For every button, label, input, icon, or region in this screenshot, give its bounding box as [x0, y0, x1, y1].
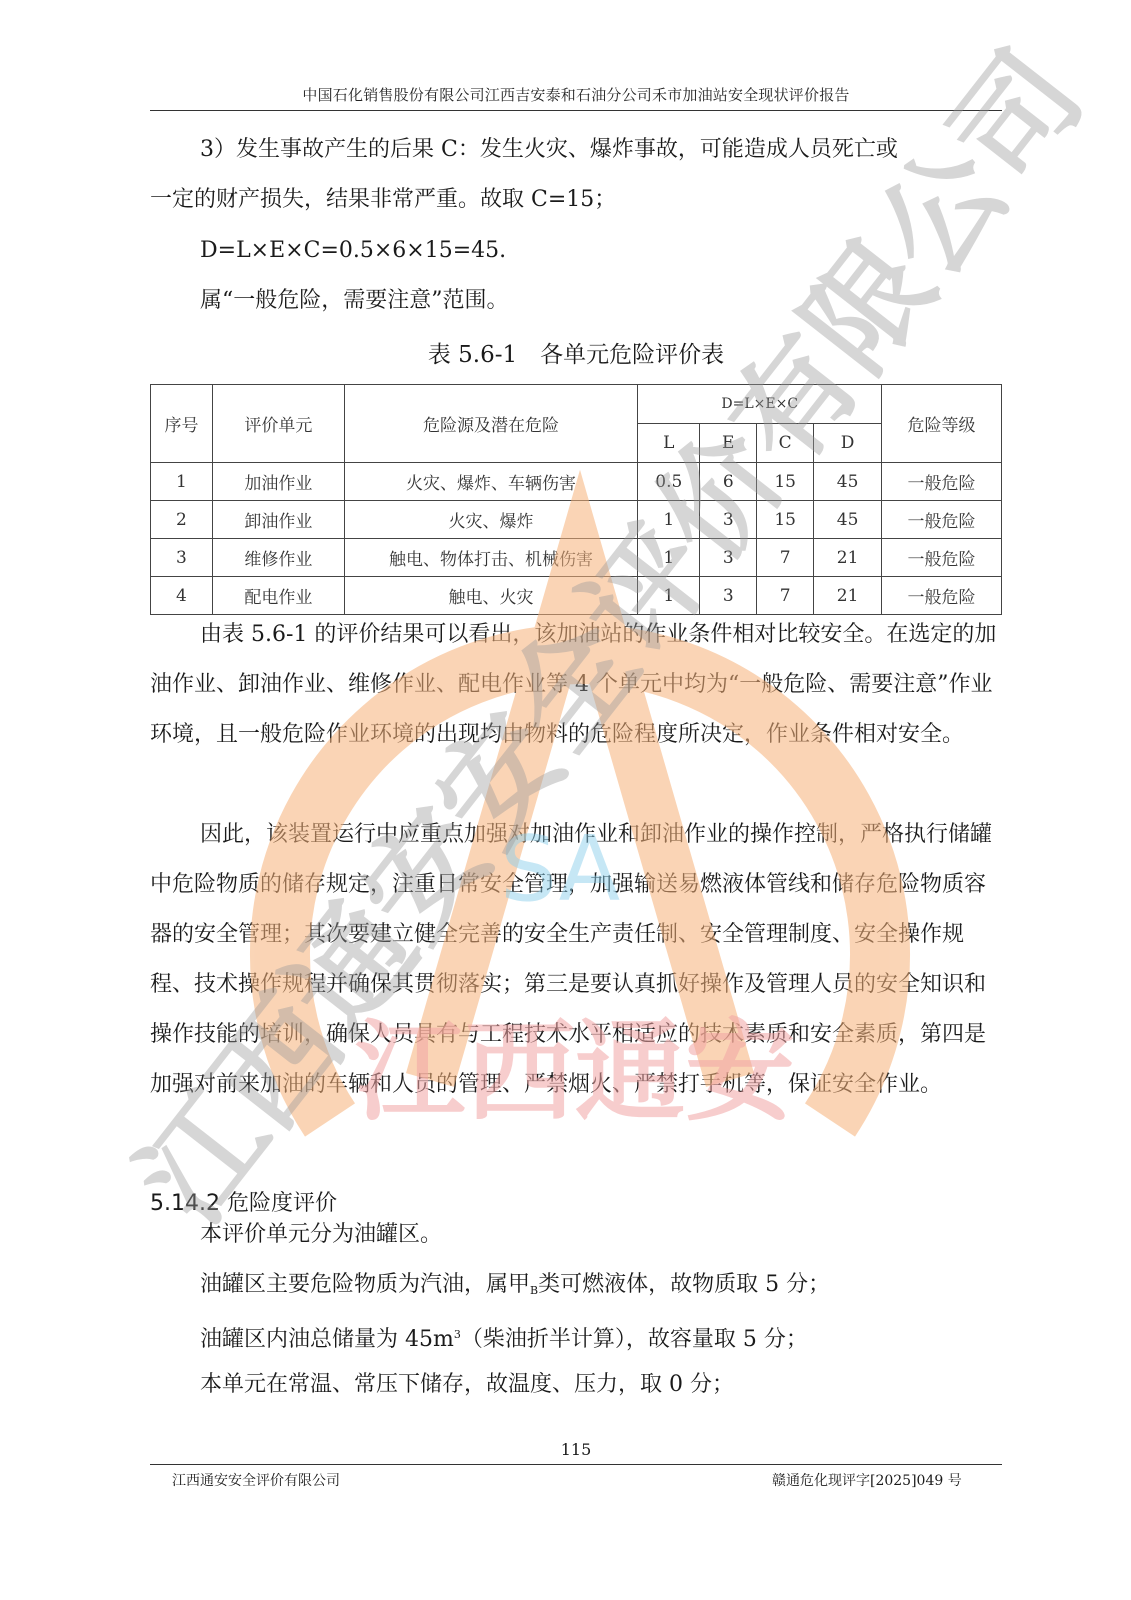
cell-d: 45 [814, 463, 882, 501]
material-line: 油罐区主要危险物质为汽油，属甲B类可燃液体，故物质取 5 分； [200, 1268, 830, 1308]
footer-company: 江西通安安全评价有限公司 [172, 1470, 340, 1490]
temperature-line: 本单元在常温、常压下储存，故温度、压力，取 0 分； [200, 1368, 734, 1402]
page-header-title: 中国石化销售股份有限公司江西吉安泰和石油分公司禾市加油站安全现状评价报告 [150, 84, 1002, 105]
header-d: D [814, 424, 882, 463]
table-caption: 表 5.6-1 各单元危险评价表 [150, 336, 1002, 369]
cell-unit: 维修作业 [212, 539, 344, 577]
footer-document-number: 赣通危化现评字[2025]049 号 [772, 1470, 962, 1490]
cell-seq: 1 [151, 463, 213, 501]
cell-unit: 加油作业 [212, 463, 344, 501]
cell-unit: 配电作业 [212, 577, 344, 615]
table-row: 3 维修作业 触电、物体打击、机械伤害 1 3 7 21 一般危险 [151, 539, 1002, 577]
cell-seq: 2 [151, 501, 213, 539]
cell-l: 1 [638, 577, 700, 615]
table-row: 2 卸油作业 火灾、爆炸 1 3 15 45 一般危险 [151, 501, 1002, 539]
table-row: 4 配电作业 触电、火灾 1 3 7 21 一般危险 [151, 577, 1002, 615]
cell-level: 一般危险 [882, 577, 1002, 615]
capacity-unit-superscript: 3 [454, 1328, 461, 1341]
cell-c: 15 [757, 501, 814, 539]
cell-level: 一般危险 [882, 463, 1002, 501]
cell-e: 3 [700, 501, 757, 539]
material-class-subscript: B [530, 1284, 538, 1297]
watermark-overlay: SA 江西通安 江西通安安全评价有限公司 [0, 0, 1131, 1600]
section-heading: 5.14.2 危险度评价 [150, 1186, 337, 1217]
cell-e: 3 [700, 539, 757, 577]
capacity-text-pre: 油罐区内油总储量为 45m [200, 1327, 454, 1352]
cell-c: 7 [757, 539, 814, 577]
cell-seq: 4 [151, 577, 213, 615]
header-divider [150, 110, 1002, 111]
consequence-line-1: 3）发生事故产生的后果 C：发生火灾、爆炸事故，可能造成人员死亡或 [200, 133, 898, 167]
footer-divider [150, 1464, 1002, 1465]
result-paragraph: 由表 5.6-1 的评价结果可以看出，该加油站的作业条件相对比较安全。在选定的加… [150, 610, 1002, 760]
header-e: E [700, 424, 757, 463]
consequence-line-2: 一定的财产损失，结果非常严重。故取 C=15； [150, 183, 616, 217]
cell-l: 0.5 [638, 463, 700, 501]
cell-e: 6 [700, 463, 757, 501]
cell-hazard: 触电、火灾 [344, 577, 638, 615]
material-text-pre: 油罐区主要危险物质为汽油，属甲 [200, 1272, 530, 1297]
header-formula-group: D=L×E×C [638, 385, 882, 424]
cell-e: 3 [700, 577, 757, 615]
header-hazard: 危险源及潜在危险 [344, 385, 638, 463]
cell-c: 7 [757, 577, 814, 615]
cell-d: 45 [814, 501, 882, 539]
cell-d: 21 [814, 577, 882, 615]
cell-c: 15 [757, 463, 814, 501]
cell-d: 21 [814, 539, 882, 577]
table-row: 1 加油作业 火灾、爆炸、车辆伤害 0.5 6 15 45 一般危险 [151, 463, 1002, 501]
unit-line: 本评价单元分为油罐区。 [200, 1218, 442, 1252]
recommendation-paragraph: 因此，该装置运行中应重点加强对加油作业和卸油作业的操作控制，严格执行储罐中危险物… [150, 810, 1002, 1110]
capacity-line: 油罐区内油总储量为 45m3（柴油折半计算），故容量取 5 分； [200, 1318, 808, 1357]
cell-l: 1 [638, 501, 700, 539]
cell-level: 一般危险 [882, 501, 1002, 539]
range-note: 属“一般危险，需要注意”范围。 [200, 284, 509, 318]
cell-hazard: 火灾、爆炸、车辆伤害 [344, 463, 638, 501]
header-level: 危险等级 [882, 385, 1002, 463]
cell-hazard: 触电、物体打击、机械伤害 [344, 539, 638, 577]
material-text-post: 类可燃液体，故物质取 5 分； [538, 1272, 830, 1297]
header-unit: 评价单元 [212, 385, 344, 463]
cell-hazard: 火灾、爆炸 [344, 501, 638, 539]
header-c: C [757, 424, 814, 463]
header-seq: 序号 [151, 385, 213, 463]
cell-seq: 3 [151, 539, 213, 577]
capacity-text-post: （柴油折半计算），故容量取 5 分； [461, 1327, 808, 1352]
hazard-evaluation-table: 序号 评价单元 危险源及潜在危险 D=L×E×C 危险等级 L E C D 1 … [150, 384, 1002, 615]
page-number: 115 [150, 1440, 1002, 1459]
cell-unit: 卸油作业 [212, 501, 344, 539]
formula-line: D=L×E×C=0.5×6×15=45. [200, 234, 506, 268]
header-l: L [638, 424, 700, 463]
cell-level: 一般危险 [882, 539, 1002, 577]
cell-l: 1 [638, 539, 700, 577]
